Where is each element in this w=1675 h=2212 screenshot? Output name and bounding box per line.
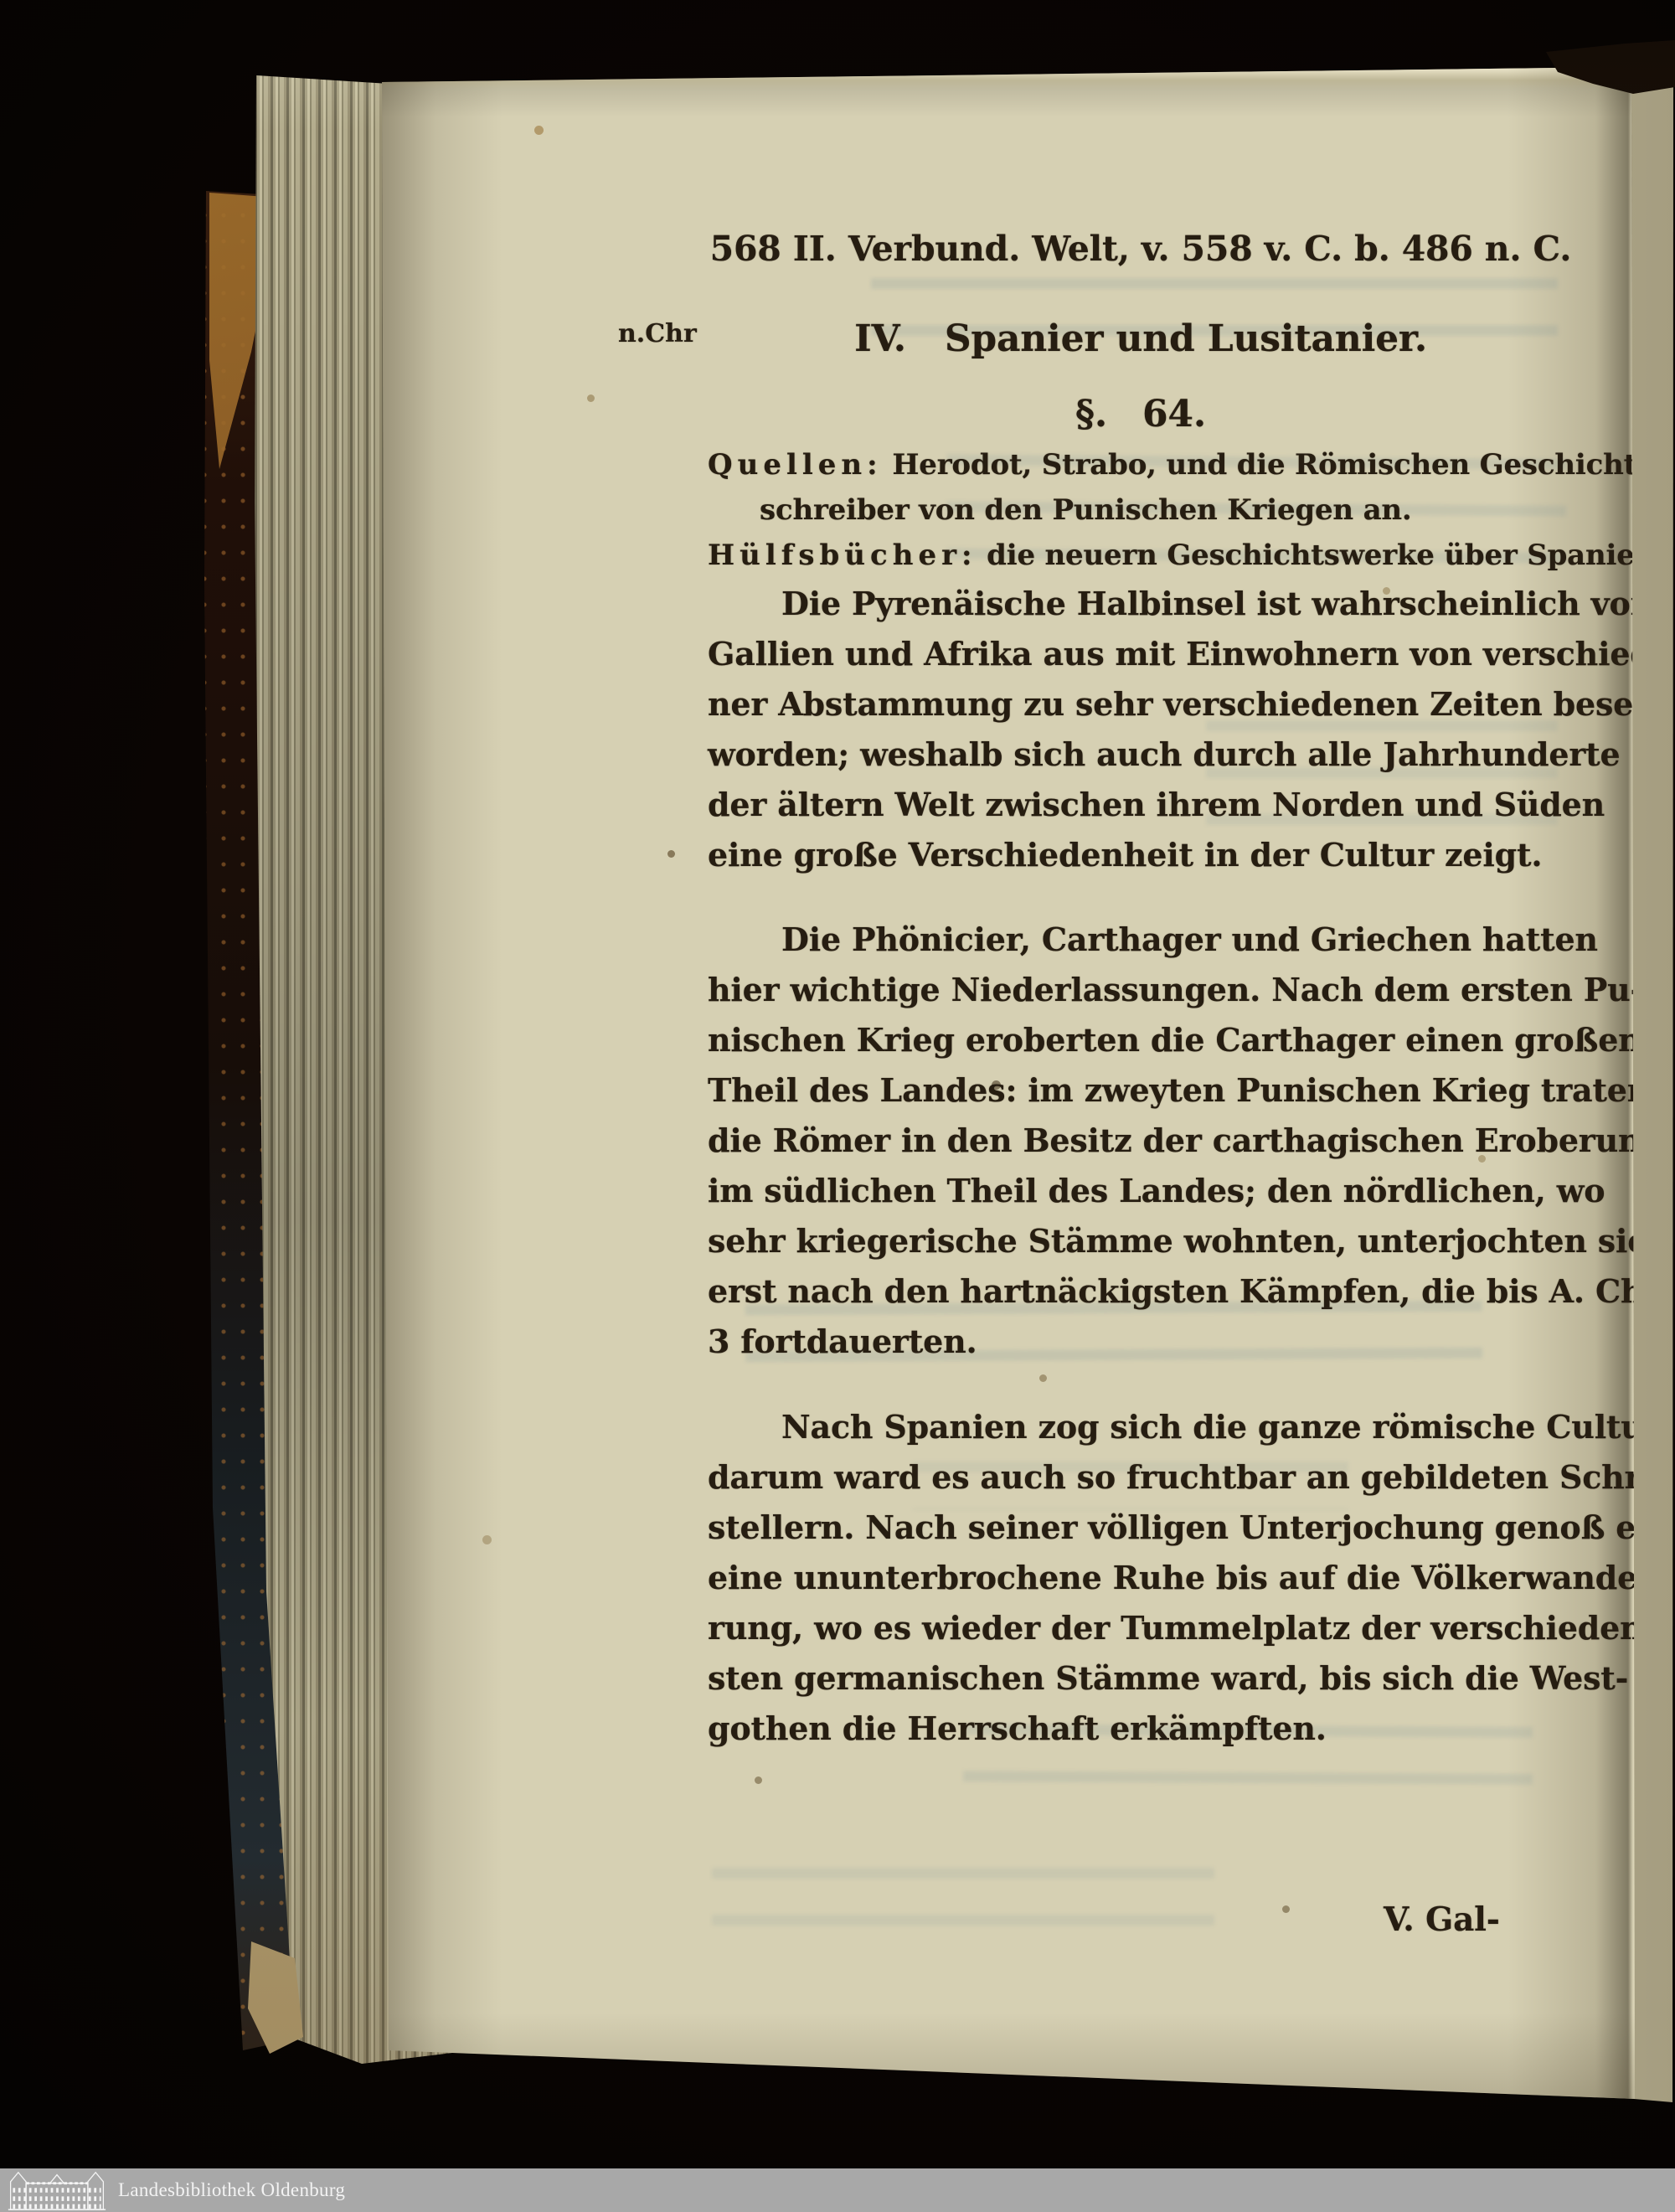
text-line: die Römer in den Besitz der carthagische… (708, 1122, 1574, 1159)
foxing-spots (0, 0, 6, 6)
library-name: Landesbibliothek Oldenburg (118, 2179, 345, 2201)
text-line: worden; weshalb sich auch durch alle Jah… (708, 736, 1574, 773)
section-digits: 64. (1142, 394, 1206, 436)
text-line: rung, wo es wieder der Tummelplatz der v… (708, 1610, 1574, 1647)
text-line: eine ununterbrochene Ruhe bis auf die Vö… (708, 1560, 1574, 1596)
section-number: §. 64. (708, 394, 1574, 436)
text-line: Nach Spanien zog sich die ganze römische… (708, 1409, 1574, 1446)
library-building-icon (6, 2170, 108, 2210)
text-line: gothen die Herrschaft erkämpften. (708, 1710, 1574, 1747)
running-header: 568 II. Verbund. Welt, v. 558 v. C. b. 4… (708, 229, 1574, 269)
text-line: nischen Krieg eroberten die Carthager ei… (708, 1022, 1574, 1059)
sources-line: schreiber von den Punischen Kriegen an. (708, 494, 1574, 527)
text-line: ner Abstammung zu sehr verschiedenen Zei… (708, 686, 1574, 723)
text-line: Die Phönicier, Carthager und Griechen ha… (708, 921, 1574, 958)
catchword: V. Gal- (1384, 1901, 1500, 1939)
sources-label: Quellen: (708, 448, 883, 482)
book-scan: 568 II. Verbund. Welt, v. 558 v. C. b. 4… (0, 0, 1675, 2212)
sources-line: Quellen: Herodot, Strabo, und die Römisc… (708, 449, 1574, 482)
text-line: im südlichen Theil des Landes; den nördl… (708, 1173, 1574, 1209)
text-line: 3 fortdauerten. (708, 1323, 1574, 1360)
sources-text: Herodot, Strabo, und die Römischen Gesch… (883, 448, 1648, 482)
text-line: stellern. Nach seiner völligen Unterjoch… (708, 1509, 1574, 1546)
chapter-numeral: IV. (854, 318, 906, 361)
text-line: der ältern Welt zwischen ihrem Norden un… (708, 786, 1574, 823)
helpbooks-label: Hülfsbücher: (708, 539, 977, 572)
text-line: Gallien und Afrika aus mit Einwohnern vo… (708, 636, 1574, 673)
section-mark: §. (1075, 394, 1107, 436)
text-line: eine große Verschiedenheit in der Cultur… (708, 837, 1574, 874)
text-line: Die Pyrenäische Halbinsel ist wahrschein… (708, 585, 1574, 622)
chapter-title: Spanier und Lusitanier. (945, 318, 1427, 361)
helpbooks-text: die neuern Geschichtswerke über Spanien. (977, 539, 1665, 572)
sources-line: Hülfsbücher: die neuern Geschichtswerke … (708, 539, 1574, 572)
text-line: sten germanischen Stämme ward, bis sich … (708, 1660, 1574, 1697)
chapter-heading: IV. Spanier und Lusitanier. (708, 318, 1574, 361)
text-line: darum ward es auch so fruchtbar an gebil… (708, 1459, 1574, 1496)
bleed-through-ghost (712, 1868, 1214, 1935)
text-line: sehr kriegerische Stämme wohnten, unterj… (708, 1223, 1574, 1260)
margin-note: n.Chr (618, 320, 697, 349)
text-line: Theil des Landes: im zweyten Punischen K… (708, 1072, 1574, 1109)
library-watermark-bar: Landesbibliothek Oldenburg (0, 2168, 1675, 2212)
text-line: erst nach den hartnäckigsten Kämpfen, di… (708, 1273, 1574, 1310)
text-line: hier wichtige Niederlassungen. Nach dem … (708, 972, 1574, 1008)
